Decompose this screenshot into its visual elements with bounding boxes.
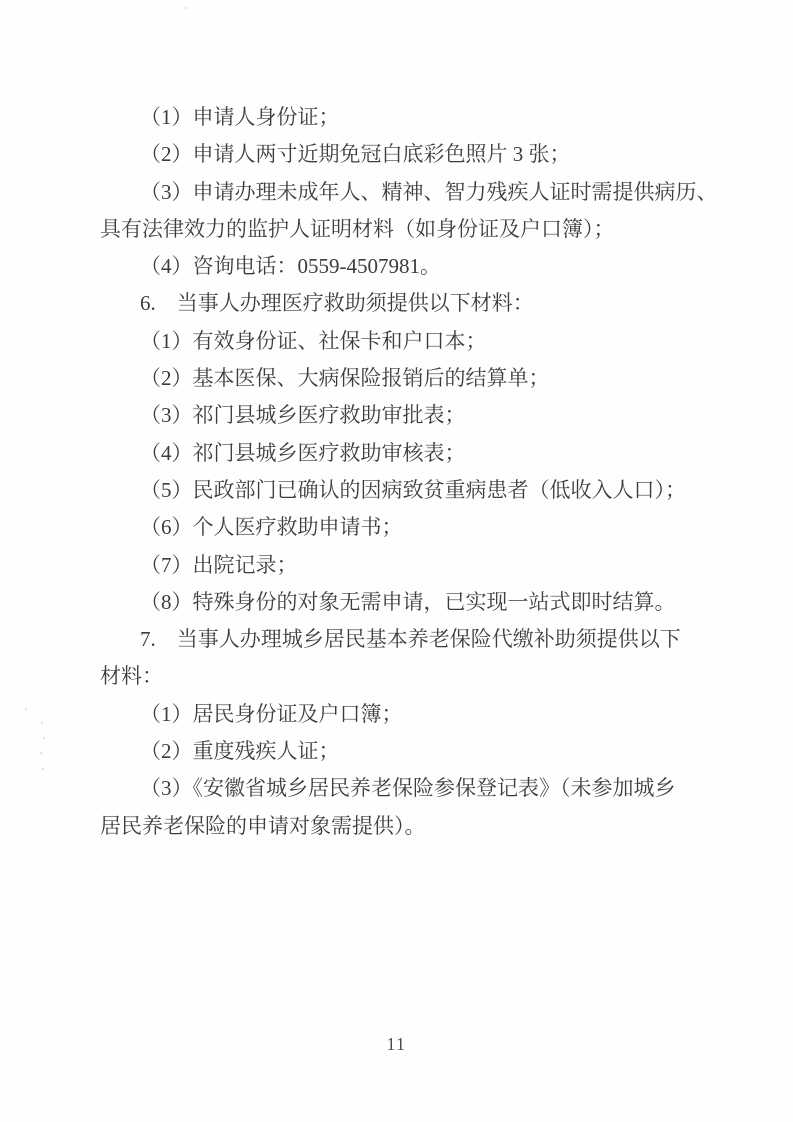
document-line: （4）祁门县城乡医疗救助审核表；	[100, 435, 733, 472]
document-line: （7）出院记录；	[100, 547, 733, 584]
scan-artifact-speck	[43, 737, 45, 739]
document-page: （1）申请人身份证；（2）申请人两寸近期免冠白底彩色照片 3 张；（3）申请办理…	[0, 0, 793, 1122]
scan-artifact-speck	[40, 752, 42, 754]
document-line: 材料：	[100, 658, 733, 695]
document-body: （1）申请人身份证；（2）申请人两寸近期免冠白底彩色照片 3 张；（3）申请办理…	[100, 99, 733, 845]
document-line: （5）民政部门已确认的因病致贫重病患者（低收入人口）；	[100, 472, 733, 509]
scan-artifact-speck	[41, 722, 43, 724]
scan-artifact-speck	[42, 768, 44, 770]
document-line: （1）申请人身份证；	[100, 99, 733, 136]
scan-artifact-speck	[185, 7, 187, 9]
document-line: （3）祁门县城乡医疗救助审批表；	[100, 397, 733, 434]
page-number: 11	[0, 1034, 793, 1055]
scan-artifact-speck	[25, 708, 27, 710]
document-line: 7. 当事人办理城乡居民基本养老保险代缴补助须提供以下	[100, 621, 733, 658]
document-line: 具有法律效力的监护人证明材料（如身份证及户口簿）；	[100, 211, 733, 248]
document-line: （2）基本医保、大病保险报销后的结算单；	[100, 360, 733, 397]
document-line: （6）个人医疗救助申请书；	[100, 509, 733, 546]
document-line: 居民养老保险的申请对象需提供）。	[100, 808, 733, 845]
document-line: （3）《安徽省城乡居民养老保险参保登记表》（未参加城乡	[100, 770, 733, 807]
document-line: （1）有效身份证、社保卡和户口本；	[100, 323, 733, 360]
document-line: （4）咨询电话：0559-4507981。	[100, 248, 733, 285]
document-line: （2）重度残疾人证；	[100, 733, 733, 770]
document-line: 6. 当事人办理医疗救助须提供以下材料：	[100, 285, 733, 322]
document-line: （1）居民身份证及户口簿；	[100, 696, 733, 733]
document-line: （2）申请人两寸近期免冠白底彩色照片 3 张；	[100, 136, 733, 173]
document-line: （3）申请办理未成年人、精神、智力残疾人证时需提供病历、	[100, 174, 733, 211]
document-line: （8）特殊身份的对象无需申请，已实现一站式即时结算。	[100, 584, 733, 621]
